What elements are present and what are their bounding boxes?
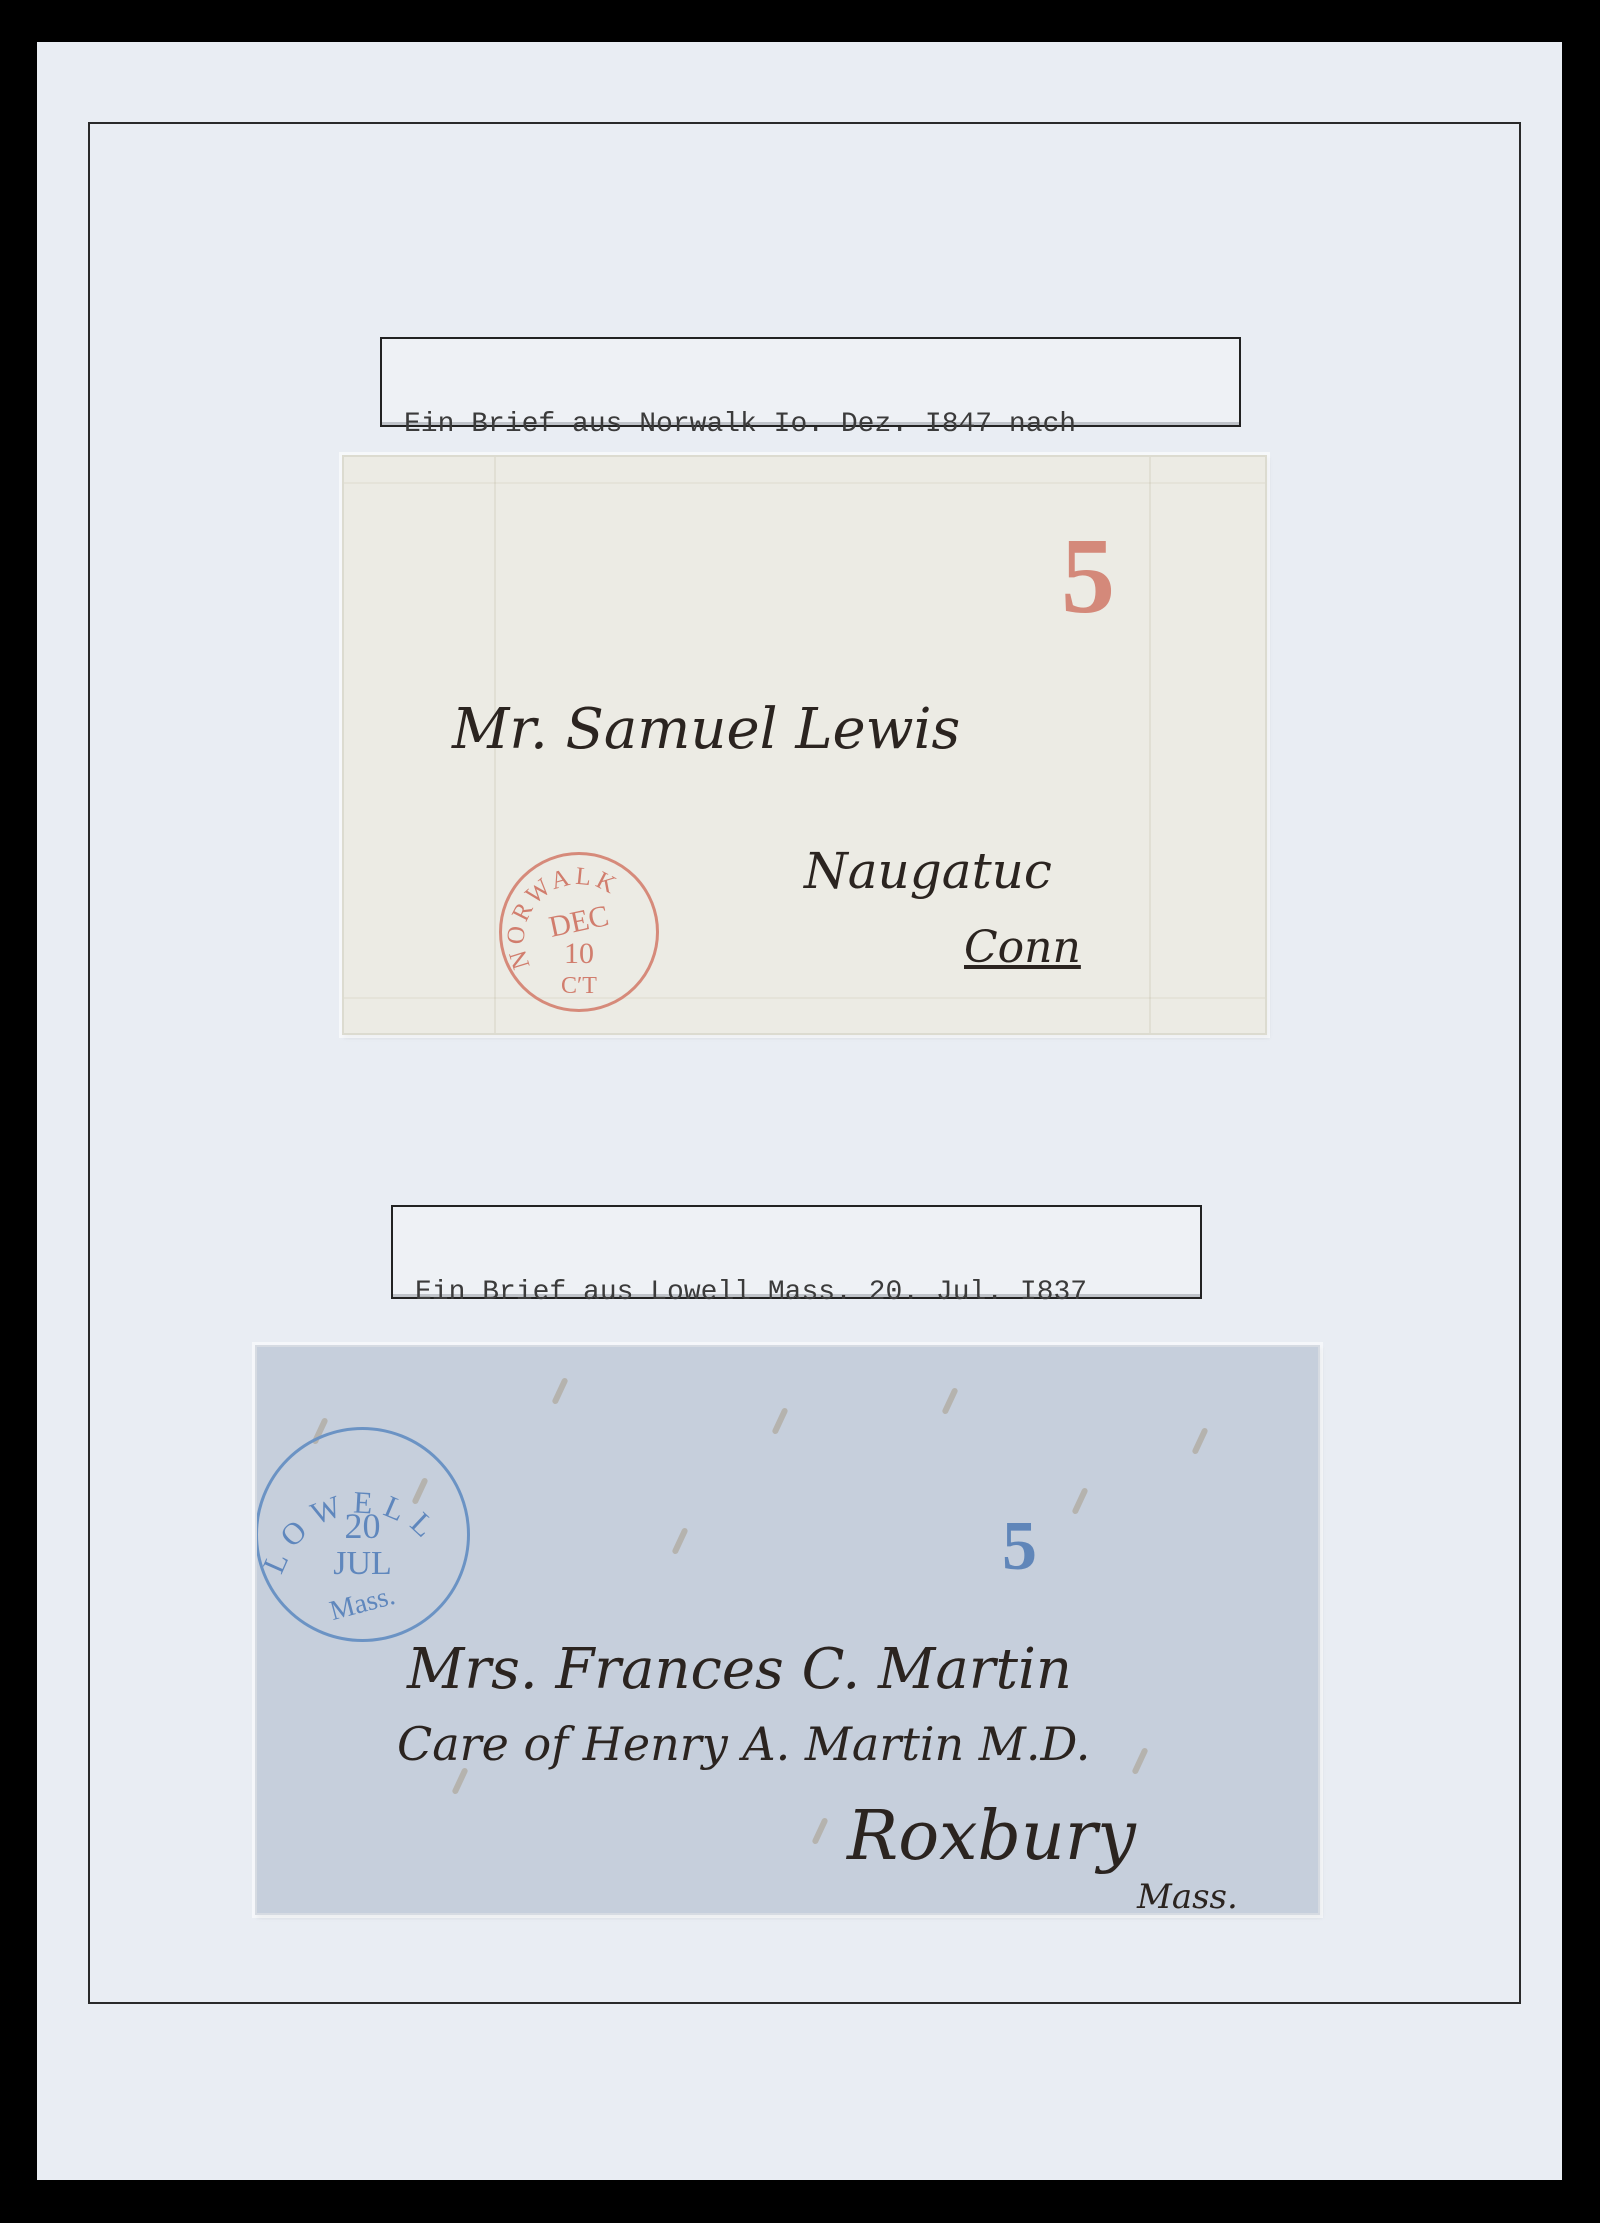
caption-line-1: Ein Brief aus Norwalk Io. Dez. I847 nach [404,409,1225,441]
address-care-of: Care of Henry A. Martin M.D. [397,1717,1090,1771]
address-state: Conn [964,922,1081,973]
address-city: Naugatuc [804,842,1052,900]
caption-line-1: Ein Brief aus Lowell Mass. 20. Jul. I837 [415,1277,1186,1309]
postmark-day: 10 [502,937,656,971]
postmark-lowell: LOWELL 20 JUL Mass. [255,1427,470,1642]
caption-label-norwalk: Ein Brief aus Norwalk Io. Dez. I847 nach… [380,337,1241,427]
postmark-state: C′T [502,973,656,1000]
album-page: Ein Brief aus Norwalk Io. Dez. I847 nach… [37,42,1562,2180]
rate-marking-5: 5 [1061,515,1115,639]
address-city: Roxbury [847,1797,1136,1876]
address-name: Mr. Samuel Lewis [452,697,960,762]
cover-lowell: 5 Mrs. Frances C. Martin Care of Henry A… [255,1345,1320,1915]
rate-marking-5: 5 [1002,1507,1037,1587]
caption-label-lowell: Ein Brief aus Lowell Mass. 20. Jul. I837… [391,1205,1202,1299]
address-state: Mass. [1137,1877,1238,1915]
postmark-day: 20 [258,1505,467,1547]
address-name: Mrs. Frances C. Martin [407,1637,1072,1702]
postmark-norwalk: NORWALK DEC 10 C′T [499,852,659,1012]
cover-norwalk: 5 Mr. Samuel Lewis Naugatuc Conn NORWALK… [342,455,1267,1035]
